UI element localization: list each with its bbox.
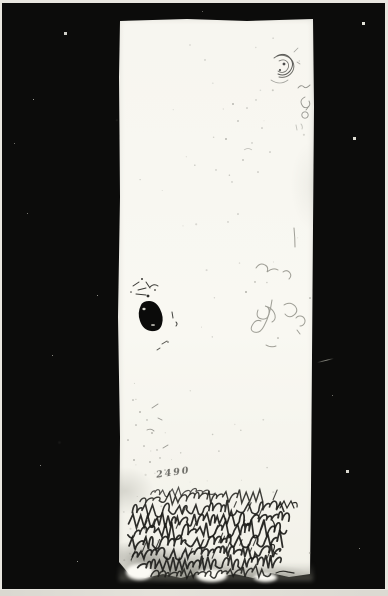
paper-blob bbox=[196, 569, 227, 582]
manuscript-strip bbox=[117, 17, 315, 581]
dust-specks bbox=[2, 3, 3, 4]
paper-blob bbox=[254, 573, 277, 582]
scanned-photograph-page: 2490 bbox=[0, 0, 388, 596]
paper-blob bbox=[126, 564, 153, 580]
film-scratch bbox=[317, 358, 334, 363]
